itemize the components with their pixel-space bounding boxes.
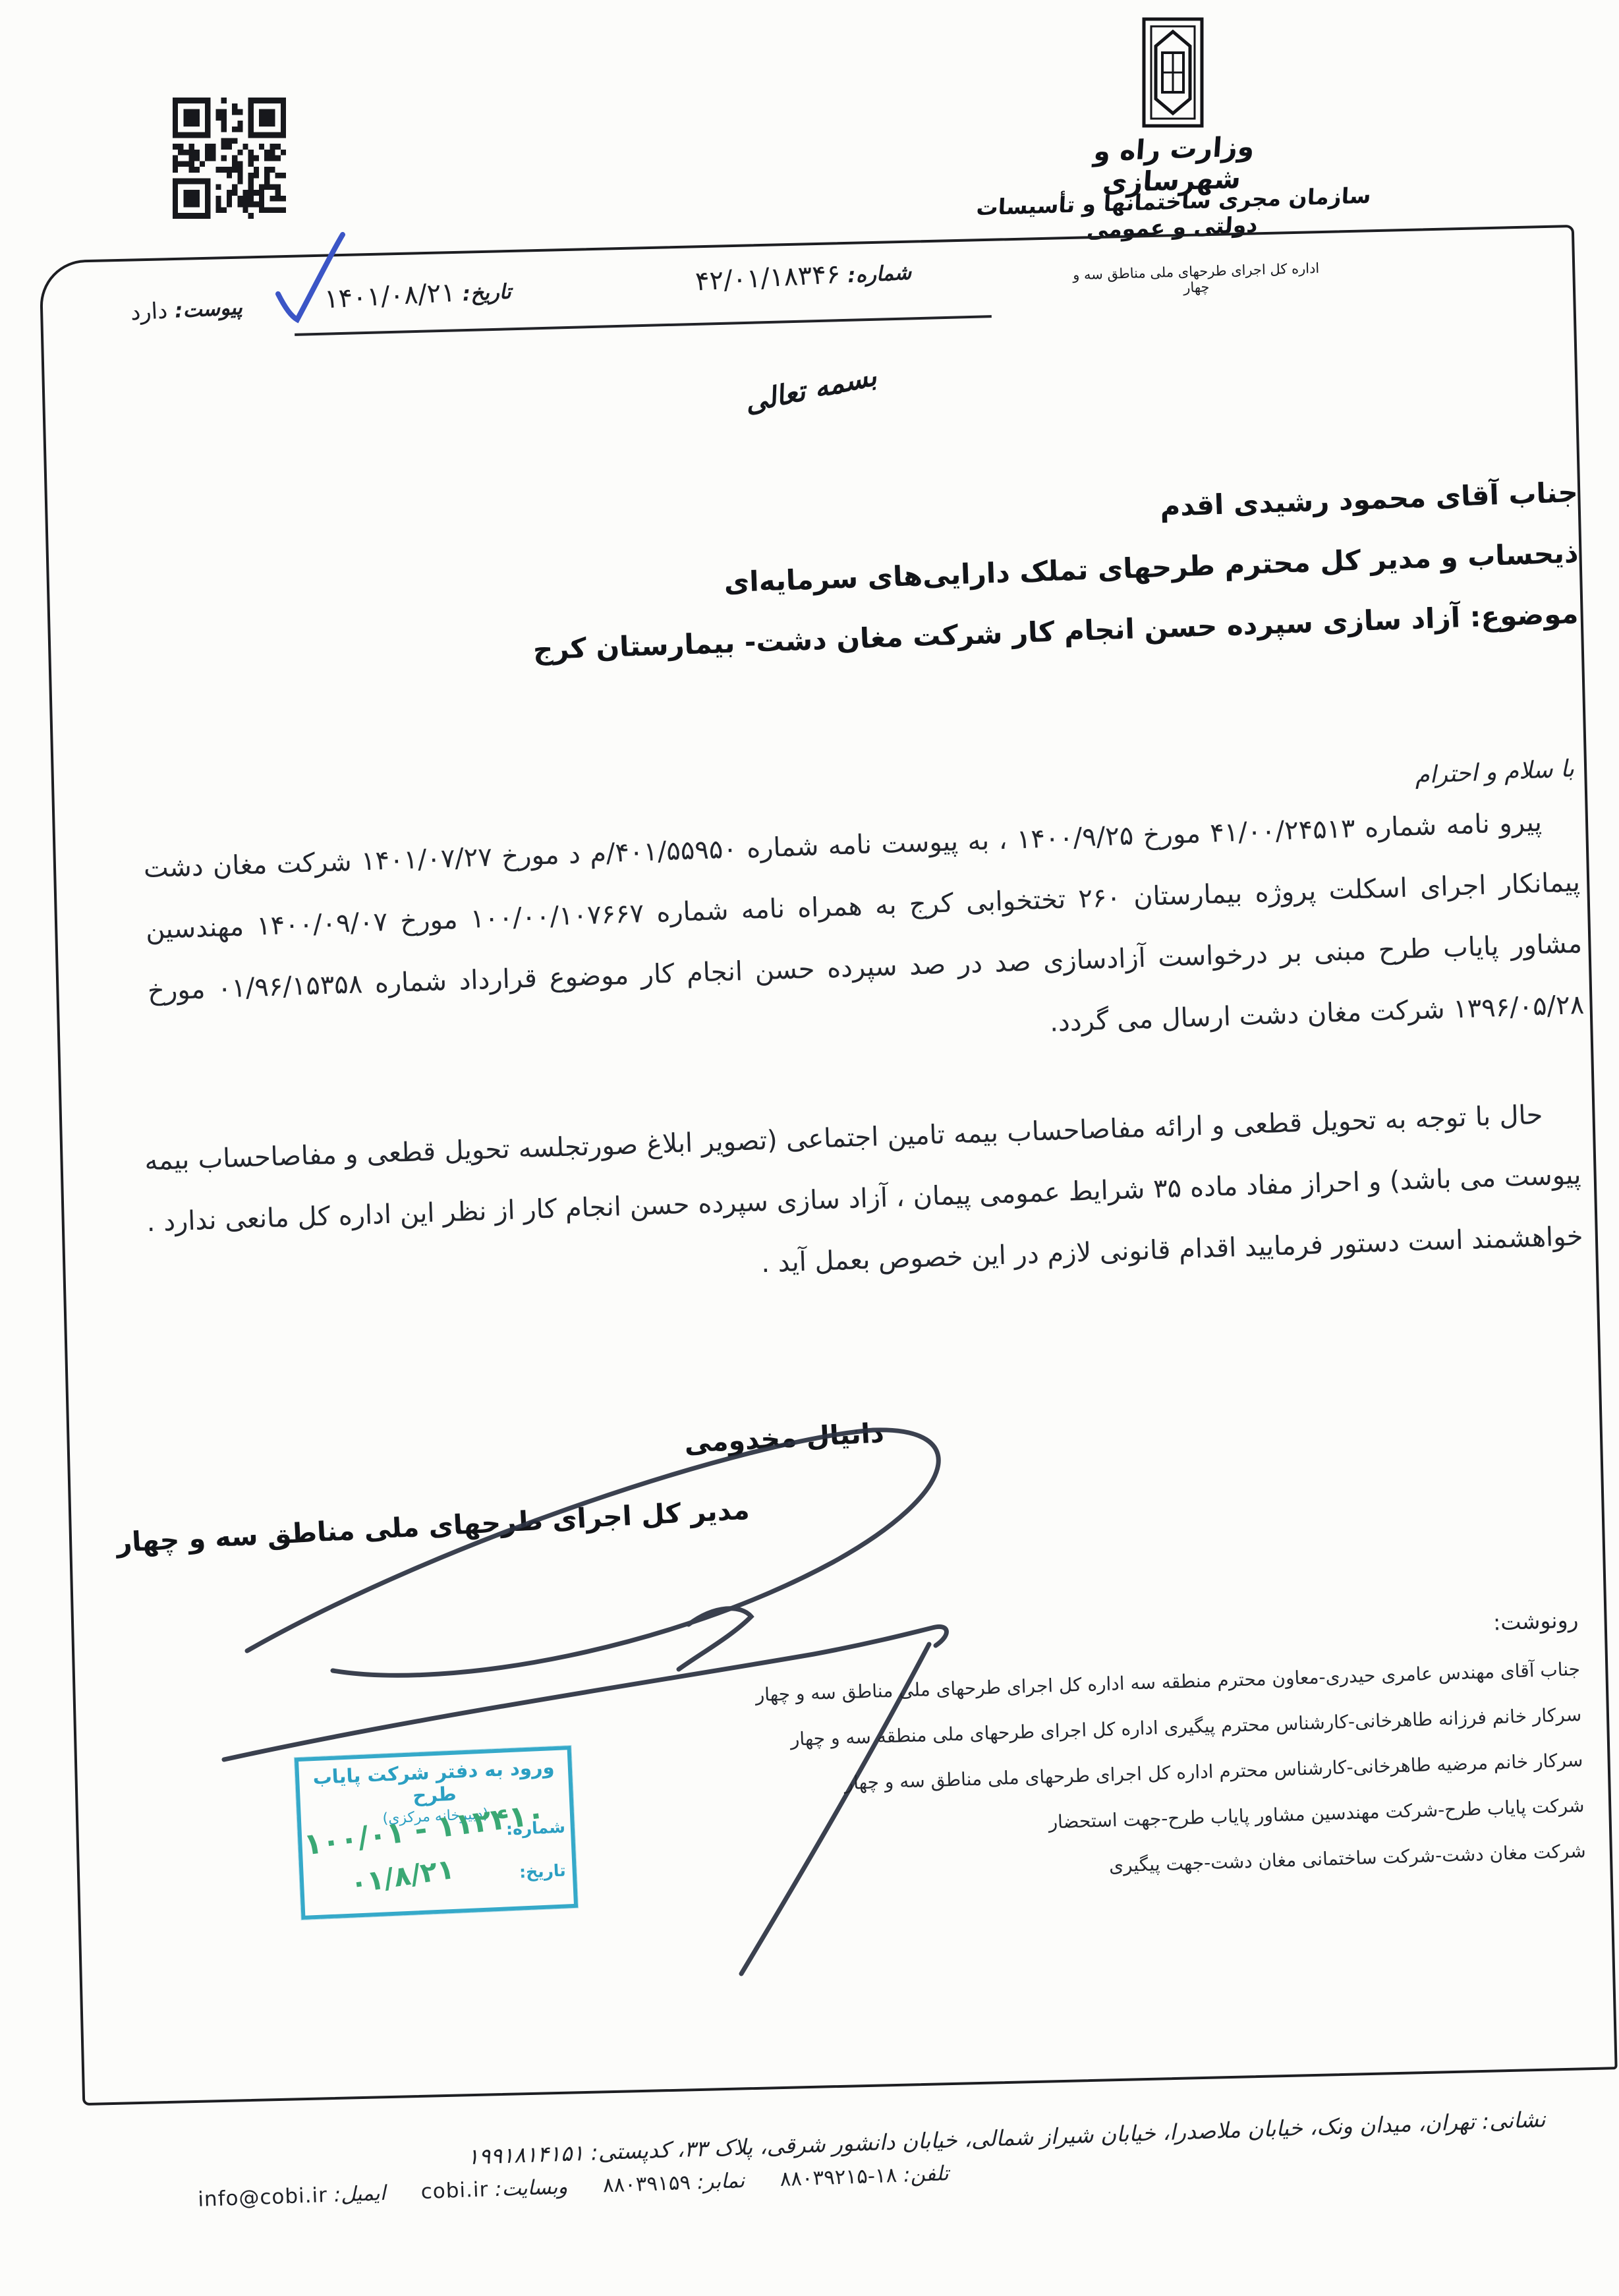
footer-phone-value: ۱۸-۸۸۰۳۹۲۱۵ <box>780 2164 897 2191</box>
letter-number-label: شماره: <box>847 260 912 287</box>
attachment-value: دارد <box>130 298 168 326</box>
cc-label: رونوشت: <box>1492 1607 1579 1635</box>
stamp-date-label: تاریخ: <box>519 1860 567 1881</box>
ministry-emblem-icon <box>1142 17 1204 128</box>
footer-email: ایمیل: info@cobi.ir <box>198 2181 386 2212</box>
body-paragraph-1: پیرو نامه شماره ۴۱/۰۰/۲۴۵۱۳ مورخ ۱۴۰۰/۹/… <box>142 791 1585 1083</box>
footer-address: نشانی: تهران، میدان ونک، خیابان ملاصدرا،… <box>467 2106 1546 2169</box>
stamp-date-handwritten: ۰۱/۸/۲۱ <box>348 1852 456 1900</box>
subject-label: موضوع: <box>1469 597 1578 633</box>
footer-email-label: ایمیل: <box>333 2181 386 2207</box>
cc-list: جناب آقای مهندس عامری حیدری-معاون محترم … <box>755 1646 1587 1899</box>
scanned-official-letter: وزارت راه و شهرسازی سازمان مجری ساختمانه… <box>0 0 1619 2296</box>
footer-website-value: cobi.ir <box>420 2178 489 2204</box>
footer-website-label: وبسایت: <box>494 2175 567 2201</box>
footer-website: وبسایت: cobi.ir <box>420 2175 568 2204</box>
secretariat-entry-stamp: ورود به دفتر شرکت پایاب طرح (دبیرخانه مر… <box>295 1746 578 1920</box>
qr-code-icon <box>173 98 286 219</box>
footer-fax: نمابر: ۸۸۰۳۹۱۵۹ <box>602 2169 745 2197</box>
footer-phone: تلفن: ۱۸-۸۸۰۳۹۲۱۵ <box>780 2162 949 2191</box>
footer-fax-value: ۸۸۰۳۹۱۵۹ <box>602 2171 691 2198</box>
blue-checkmark-icon <box>273 232 347 326</box>
footer-contacts: تلفن: ۱۸-۸۸۰۳۹۲۱۵ نمابر: ۸۸۰۳۹۱۵۹ وبسایت… <box>198 2162 950 2212</box>
footer-phone-label: تلفن: <box>903 2162 949 2187</box>
attachment-label: پیوست: <box>174 296 243 323</box>
footer-email-value: info@cobi.ir <box>198 2183 328 2212</box>
footer-fax-label: نمابر: <box>696 2169 745 2194</box>
letter-date-label: تاریخ: <box>462 280 512 306</box>
